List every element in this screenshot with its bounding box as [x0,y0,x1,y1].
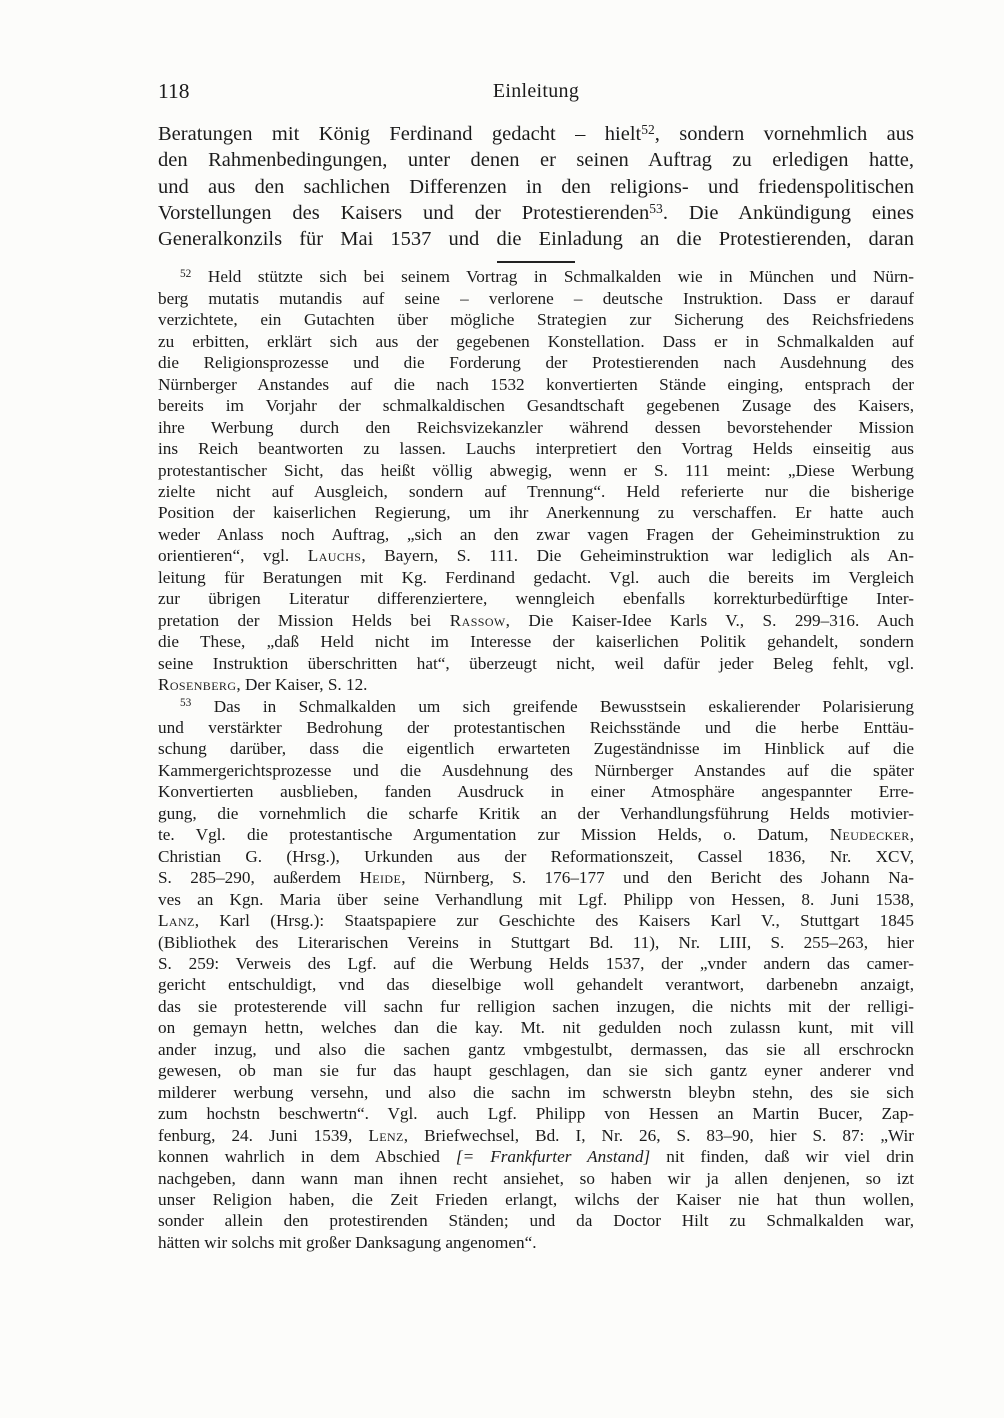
footnote-marker: 52 [180,268,191,280]
text-block: 118 Einleitung Beratungen mit König Ferd… [158,78,914,1253]
footnote-separator [497,261,575,263]
main-paragraph: Beratungen mit König Ferdinand gedacht –… [158,121,914,252]
footnote-marker: 52 [641,122,655,137]
footnote-52: 52 Held stützte sich bei seinem Vortrag … [158,266,914,695]
text-line: Vorstellungen des Kaisers und der Protes… [158,200,914,226]
text-line: gung, die vornehmlich die scharfe Kritik… [158,803,914,824]
text-line: ves an Kgn. Maria über seine Verhandlung… [158,889,914,910]
text-line: (Bibliothek des Literarischen Vereins in… [158,932,914,953]
text-line: zu erbitten, erklärt sich aus der gegebe… [158,331,914,352]
text-line: das sie protesterende vill sachn fur rel… [158,996,914,1017]
text-line: on gemayn hettn, welches dan die kay. Mt… [158,1017,914,1038]
text-line: ihre Werbung durch den Reichsvizekanzler… [158,417,914,438]
running-title: Einleitung [158,78,914,104]
text-line: Rosenberg, Der Kaiser, S. 12. [158,674,914,695]
text-line: seine Instruktion überschritten hat“, üb… [158,653,914,674]
text-line: gewesen, ob man sie fur das haupt geschl… [158,1060,914,1081]
text-line: zum hochstn beschwertn“. Vgl. auch Lgf. … [158,1103,914,1124]
text-line: konnen wahrlich in dem Abschied [= Frank… [158,1146,914,1167]
text-line: zur übrigen Literatur differenziertere, … [158,588,914,609]
text-line: schung darüber, dass die eigentlich erwa… [158,738,914,759]
page-number: 118 [158,78,189,104]
text-line: verzichtete, ein Gutachten über mögliche… [158,309,914,330]
footnote-53: 53 Das in Schmalkalden um sich greifende… [158,696,914,1254]
text-line: weder Anlass noch Auftrag, „sich an den … [158,524,914,545]
text-line: Kammergerichtsprozesse und die Ausdehnun… [158,760,914,781]
text-line: gericht entschuldigt, vnd das dieselbige… [158,974,914,995]
text-line: Christian G. (Hrsg.), Urkunden aus der R… [158,846,914,867]
text-line: protestantischer Sicht, das heißt völlig… [158,460,914,481]
text-line: zielte nicht auf Ausgleich, sondern auf … [158,481,914,502]
text-line: Konvertierten ausblieben, fanden Ausdruc… [158,781,914,802]
author-name-smallcaps: Rassow [450,611,506,630]
text-line: unser Religion haben, die Zeit Frieden e… [158,1189,914,1210]
text-line: milderer werbung versehn, und also die s… [158,1082,914,1103]
footnote-marker: 53 [180,697,191,709]
text-line: ins Reich beantworten zu lassen. Lauchs … [158,438,914,459]
text-line: bereits im Vorjahr der schmalkaldischen … [158,395,914,416]
text-line: te. Vgl. die protestantische Argumentati… [158,824,914,845]
text-line: nachgeben, dann wann man ihnen recht ans… [158,1168,914,1189]
text-line: Nürnberger Anstandes auf die nach 1532 k… [158,374,914,395]
text-line: die Religionsprozesse und die Forderung … [158,352,914,373]
author-name-smallcaps: Lenz [368,1126,403,1145]
text-line: orientieren“, vgl. Lauchs, Bayern, S. 11… [158,545,914,566]
footnotes-section: 52 Held stützte sich bei seinem Vortrag … [158,266,914,1253]
text-line: 53 Das in Schmalkalden um sich greifende… [158,696,914,717]
text-line: und aus den sachlichen Differenzen in de… [158,174,914,200]
text-line: Beratungen mit König Ferdinand gedacht –… [158,121,914,147]
text-line: hätten wir solchs mit großer Danksagung … [158,1232,914,1253]
text-line: ander inzug, und also die sachen gantz v… [158,1039,914,1060]
text-line: Generalkonzils für Mai 1537 und die Einl… [158,226,914,252]
text-line: den Rahmenbedingungen, unter denen er se… [158,147,914,173]
author-name-smallcaps: Neudecker [830,825,910,844]
text-line: pretation der Mission Helds bei Rassow, … [158,610,914,631]
running-header: 118 Einleitung [158,78,914,104]
text-line: sonder allein den protestirenden Ständen… [158,1210,914,1231]
scanned-book-page: 118 Einleitung Beratungen mit König Ferd… [0,0,1004,1418]
text-line: berg mutatis mutandis auf seine – verlor… [158,288,914,309]
author-name-smallcaps: Lanz [158,911,195,930]
author-name-smallcaps: Rosenberg [158,675,236,694]
text-line: S. 285–290, außerdem Heide, Nürnberg, S.… [158,867,914,888]
text-line: leitung für Beratungen mit Kg. Ferdinand… [158,567,914,588]
author-name-smallcaps: Heide [359,868,401,887]
text-line: S. 259: Verweis des Lgf. auf die Werbung… [158,953,914,974]
text-line: die These, „daß Held nicht im Interesse … [158,631,914,652]
author-name-smallcaps: Lauchs [308,546,362,565]
italic-insertion: [= Frankfurter Anstand] [456,1147,650,1166]
text-line: und verstärkter Bedrohung der protestant… [158,717,914,738]
footnote-marker: 53 [649,201,663,216]
text-line: Lanz, Karl (Hrsg.): Staatspapiere zur Ge… [158,910,914,931]
text-line: Position der kaiserlichen Regierung, um … [158,502,914,523]
text-line: fenburg, 24. Juni 1539, Lenz, Briefwechs… [158,1125,914,1146]
text-line: 52 Held stützte sich bei seinem Vortrag … [158,266,914,287]
